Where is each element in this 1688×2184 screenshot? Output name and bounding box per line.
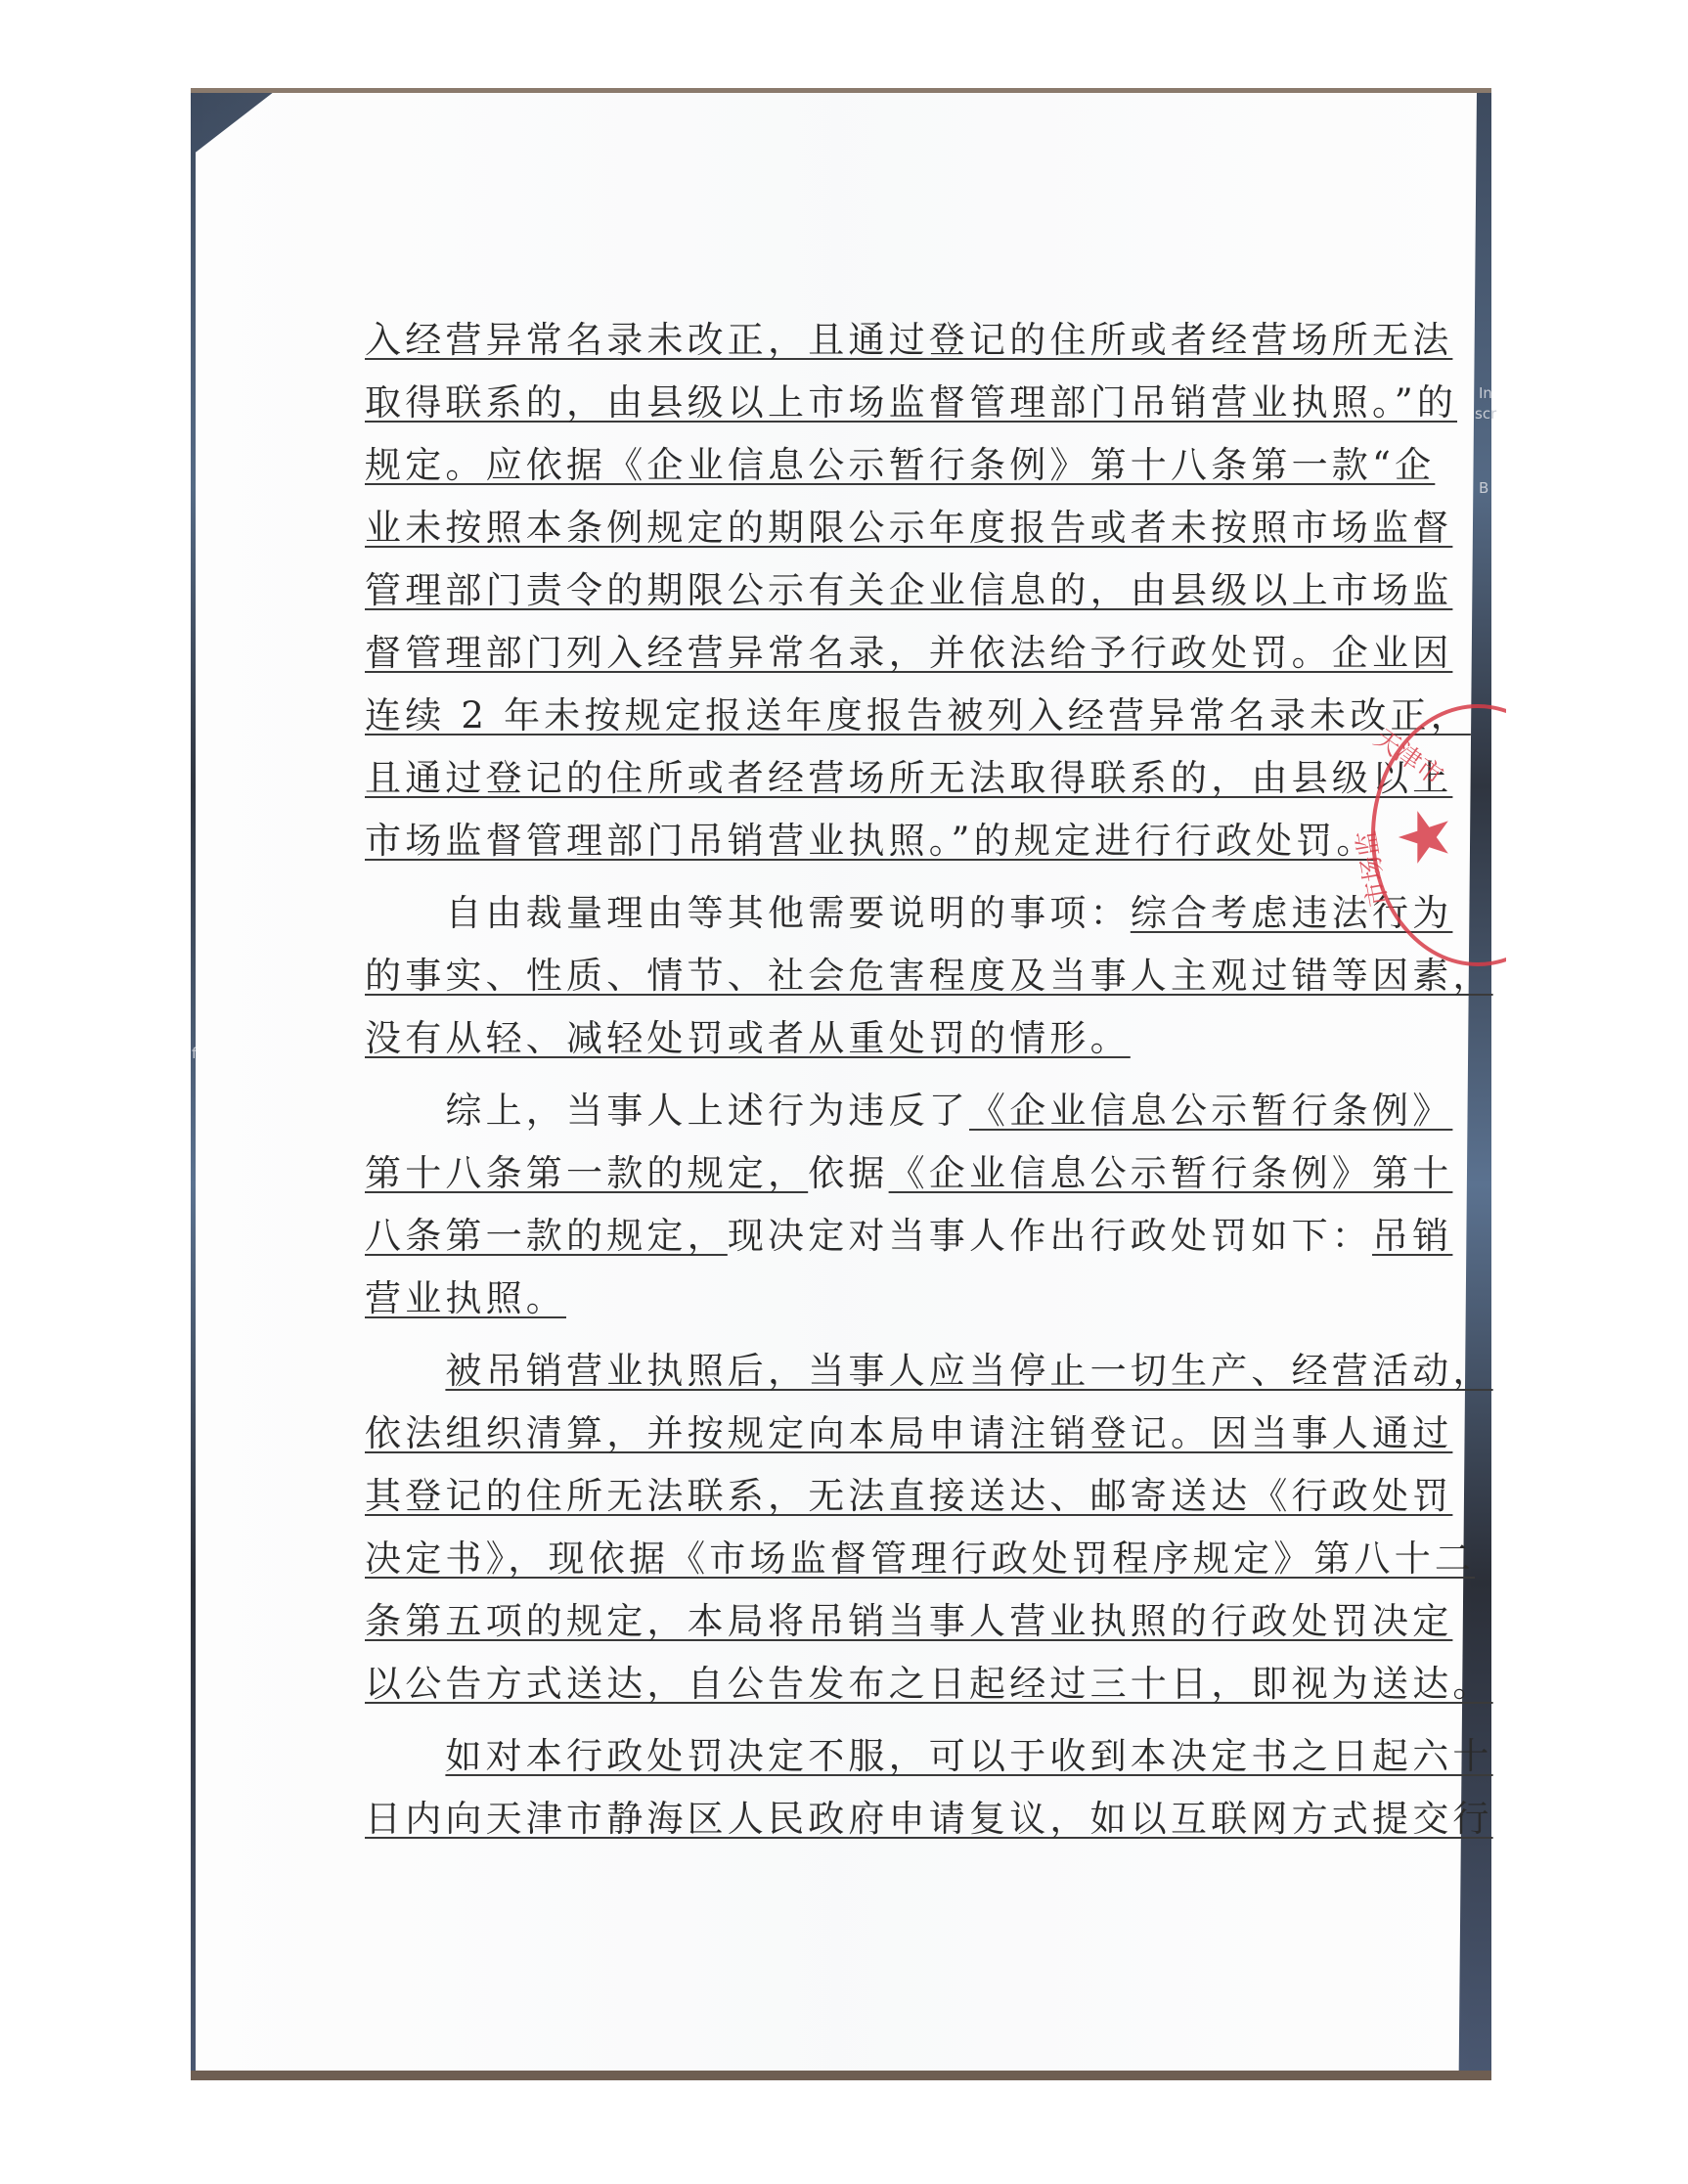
underlined-text: 决定书》，现依据《市场监督管理行政处罚程序规定》第八十二 <box>365 1538 1475 1580</box>
underlined-text: 吊销 <box>1372 1215 1452 1257</box>
seal-star-icon: ★ <box>1384 807 1464 869</box>
underlined-text: 依法组织清算，并按规定向本局申请注销登记。因当事人通过 <box>365 1412 1452 1454</box>
underlined-text: 且通过登记的住所或者经营场所无法取得联系的，由县级以上 <box>365 757 1452 799</box>
page-bottom-edge <box>191 2071 1491 2080</box>
text-line: 被吊销营业执照后，当事人应当停止一切生产、经营活动， <box>365 1346 1311 1397</box>
text-line: 综上，当事人上述行为违反了《企业信息公示暂行条例》 <box>365 1086 1311 1137</box>
underlined-text: 管理部门责令的期限公示有关企业信息的，由县级以上市场监 <box>365 569 1452 611</box>
text-line: 督管理部门列入经营异常名录，并依法给予行政处罚。企业因 <box>365 628 1311 679</box>
plain-text: 现决定对当事人作出行政处罚如下： <box>728 1215 1372 1257</box>
underlined-text: 《企业信息公示暂行条例》 <box>969 1090 1452 1132</box>
underlined-text: 如对本行政处罚决定不服，可以于收到本决定书之日起六十 <box>445 1735 1492 1777</box>
text-line: 条第五项的规定，本局将吊销当事人营业执照的行政处罚决定 <box>365 1596 1311 1647</box>
page-top-edge <box>191 88 1491 93</box>
text-line: 业未按照本条例规定的期限公示年度报告或者未按照市场监督 <box>365 503 1311 554</box>
underlined-text: 连续 2 年未按规定报送年度报告被列入经营异常名录未改正， <box>365 694 1471 736</box>
text-line: 规定。应依据《企业信息公示暂行条例》第十八条第一款“企 <box>365 440 1311 491</box>
text-line: 以公告方式送达，自公告发布之日起经过三十日，即视为送达。 <box>365 1659 1311 1710</box>
background-text-fragment: scr <box>1475 405 1496 423</box>
underlined-text: 以公告方式送达，自公告发布之日起经过三十日，即视为送达。 <box>365 1663 1493 1705</box>
underlined-text: 市场监督管理部门吊销营业执照。”的规定进行行政处罚。 <box>365 820 1377 862</box>
underlined-text: 被吊销营业执照后，当事人应当停止一切生产、经营活动， <box>445 1350 1492 1392</box>
text-line: 依法组织清算，并按规定向本局申请注销登记。因当事人通过 <box>365 1408 1311 1459</box>
underlined-text: 没有从轻、减轻处罚或者从重处罚的情形。 <box>365 1017 1131 1059</box>
text-line: 市场监督管理部门吊销营业执照。”的规定进行行政处罚。 <box>365 816 1311 867</box>
text-line: 入经营异常名录未改正，且通过登记的住所或者经营场所无法 <box>365 315 1311 366</box>
plain-text <box>365 1735 445 1777</box>
text-line: 且通过登记的住所或者经营场所无法取得联系的，由县级以上 <box>365 753 1311 804</box>
plain-text: 综上，当事人上述行为违反了 <box>365 1090 969 1132</box>
text-line: 取得联系的，由县级以上市场监督管理部门吊销营业执照。”的 <box>365 378 1311 428</box>
text-line: 决定书》，现依据《市场监督管理行政处罚程序规定》第八十二 <box>365 1534 1311 1584</box>
underlined-text: 第十八条第一款的规定， <box>365 1152 808 1194</box>
background-text-fragment: In <box>1479 384 1492 402</box>
text-line: 日内向天津市静海区人民政府申请复议，如以互联网方式提交行 <box>365 1794 1311 1845</box>
underlined-text: 《企业信息公示暂行条例》第十 <box>889 1152 1453 1194</box>
text-line: 的事实、性质、情节、社会危害程度及当事人主观过错等因素， <box>365 951 1311 1002</box>
background-text-fragment: B <box>1479 479 1488 497</box>
underlined-text: 八条第一款的规定， <box>365 1215 728 1257</box>
text-line: 自由裁量理由等其他需要说明的事项：综合考虑违法行为 <box>365 888 1311 939</box>
text-line: 连续 2 年未按规定报送年度报告被列入经营异常名录未改正， <box>365 691 1311 741</box>
text-line: 如对本行政处罚决定不服，可以于收到本决定书之日起六十 <box>365 1731 1311 1782</box>
underlined-text: 业未按照本条例规定的期限公示年度报告或者未按照市场监督 <box>365 507 1452 549</box>
plain-text: 自由裁量理由等其他需要说明的事项： <box>365 892 1131 934</box>
text-line: 八条第一款的规定，现决定对当事人作出行政处罚如下：吊销 <box>365 1211 1311 1262</box>
underlined-text: 的事实、性质、情节、社会危害程度及当事人主观过错等因素， <box>365 955 1493 997</box>
underlined-text: 条第五项的规定，本局将吊销当事人营业执照的行政处罚决定 <box>365 1600 1452 1642</box>
text-line: 营业执照。 <box>365 1273 1311 1324</box>
underlined-text: 其登记的住所无法联系，无法直接送达、邮寄送达《行政处罚 <box>365 1475 1452 1517</box>
text-line: 没有从轻、减轻处罚或者从重处罚的情形。 <box>365 1013 1311 1064</box>
underlined-text: 规定。应依据《企业信息公示暂行条例》第十八条第一款“企 <box>365 444 1435 486</box>
underlined-text: 督管理部门列入经营异常名录，并依法给予行政处罚。企业因 <box>365 632 1452 674</box>
underlined-text: 取得联系的，由县级以上市场监督管理部门吊销营业执照。”的 <box>365 381 1457 423</box>
text-line: 第十八条第一款的规定，依据《企业信息公示暂行条例》第十 <box>365 1148 1311 1199</box>
text-line: 管理部门责令的期限公示有关企业信息的，由县级以上市场监 <box>365 565 1311 616</box>
underlined-text: 入经营异常名录未改正，且通过登记的住所或者经营场所无法 <box>365 319 1452 361</box>
plain-text <box>365 1350 445 1392</box>
underlined-text: 日内向天津市静海区人民政府申请复议，如以互联网方式提交行 <box>365 1798 1493 1840</box>
plain-text: 依据 <box>808 1152 888 1194</box>
text-line: 其登记的住所无法联系，无法直接送达、邮寄送达《行政处罚 <box>365 1471 1311 1522</box>
underlined-text: 营业执照。 <box>365 1277 566 1319</box>
